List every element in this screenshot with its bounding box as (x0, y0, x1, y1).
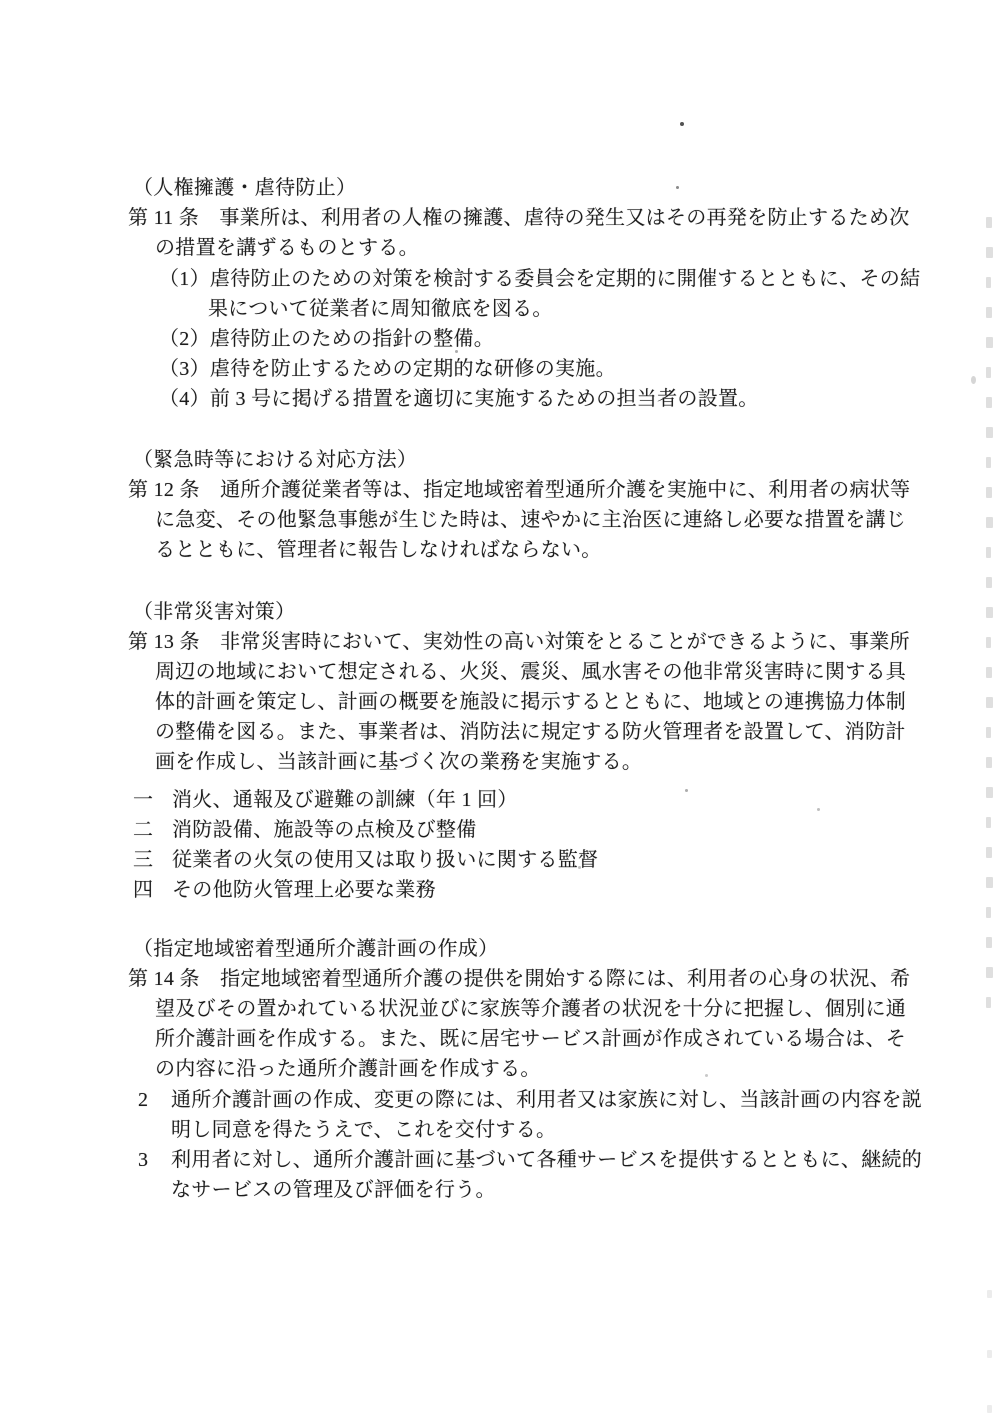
scan-edge-smudge (986, 547, 991, 558)
article-continuation-line: に急変、その他緊急事態が生じた時は、速やかに主治医に連絡し必要な措置を講じ (155, 508, 906, 532)
paragraph-number-line: 2通所介護計画の作成、変更の際には、利用者又は家族に対し、当該計画の内容を説 (138, 1088, 922, 1112)
numbered-item-continuation-line: 果について従業者に周知徹底を図る。 (208, 297, 553, 321)
scan-edge-smudge (986, 427, 993, 438)
scan-edge-smudge (986, 697, 993, 708)
scan-speck (817, 808, 820, 811)
section-heading-line: （非常災害対策） (133, 600, 295, 624)
scan-speck (676, 186, 679, 189)
scan-speck (680, 122, 684, 126)
scan-edge-smudge (986, 517, 993, 528)
article-first-line: 第 14 条 指定地域密着型通所介護の提供を開始する際には、利用者の心身の状況、… (128, 967, 910, 991)
scan-speck (971, 376, 976, 384)
numbered-item-line: （3）虐待を防止するための定期的な研修の実施。 (159, 357, 616, 381)
scan-edge-smudge (986, 247, 993, 258)
item-number-marker: 四 (133, 878, 172, 902)
scan-edge-smudge (986, 397, 992, 408)
scan-edge-smudge (986, 367, 991, 378)
scan-speck (455, 350, 458, 353)
scan-edge-smudge (986, 667, 992, 678)
item-number-marker: 三 (133, 848, 172, 872)
scan-edge-smudge (987, 1350, 992, 1358)
article-continuation-line: 所介護計画を作成する。また、既に居宅サービス計画が作成されている場合は、そ (155, 1027, 906, 1051)
article-continuation-line: の内容に沿った通所介護計画を作成する。 (155, 1057, 541, 1081)
scan-edge-smudge (986, 607, 993, 618)
item-number-marker: 3 (138, 1148, 171, 1172)
kanji-list-item-line: 四その他防火管理上必要な業務 (133, 878, 436, 902)
scan-edge-smudge (986, 337, 993, 348)
paragraph-number-line: 3利用者に対し、通所介護計画に基づいて各種サービスを提供するとともに、継続的 (138, 1148, 922, 1172)
scan-edge-smudge (986, 277, 991, 288)
scan-edge-smudge (986, 487, 992, 498)
scan-speck (705, 1074, 708, 1077)
item-text: 消火、通報及び避難の訓練（年 1 回） (172, 789, 518, 811)
scan-edge-smudge (987, 1405, 992, 1413)
scan-edge-smudge (986, 937, 992, 948)
kanji-list-item-line: 二消防設備、施設等の点検及び整備 (133, 818, 477, 842)
article-first-line: 第 13 条 非常災害時において、実効性の高い対策をとることができるように、事業… (128, 630, 910, 654)
article-continuation-line: 画を作成し、当該計画に基づく次の業務を実施する。 (155, 750, 642, 774)
scanned-document-page: （人権擁護・虐待防止）第 11 条 事業所は、利用者の人権の擁護、虐待の発生又は… (0, 0, 1000, 1414)
article-continuation-line: の措置を講ずるものとする。 (155, 236, 419, 260)
section-heading-line: （人権擁護・虐待防止） (133, 176, 356, 200)
article-continuation-line: の整備を図る。また、事業者は、消防法に規定する防火管理者を設置して、消防計 (155, 720, 906, 744)
scan-edge-smudge (986, 727, 991, 738)
scan-edge-smudge (986, 877, 993, 888)
scan-edge-smudge (986, 967, 993, 978)
scan-edge-smudge (986, 457, 991, 468)
section-heading-line: （緊急時等における対応方法） (133, 448, 417, 472)
numbered-item-line: （2）虐待防止のための指針の整備。 (159, 327, 494, 351)
scan-edge-smudge (986, 637, 991, 648)
scan-edge-smudge (986, 577, 992, 588)
scan-speck (685, 789, 688, 792)
scan-edge-smudge (986, 307, 992, 318)
paragraph-continuation-line: 明し同意を得たうえで、これを交付する。 (171, 1118, 556, 1142)
kanji-list-item-line: 三従業者の火気の使用又は取り扱いに関する監督 (133, 848, 598, 872)
item-number-marker: 2 (138, 1088, 171, 1112)
numbered-item-line: （1）虐待防止のための対策を検討する委員会を定期的に開催するとともに、その結 (159, 267, 920, 291)
scan-speck (578, 866, 581, 869)
scan-edge-smudge (986, 787, 993, 798)
scan-edge-smudge (986, 817, 991, 828)
item-text: その他防火管理上必要な業務 (172, 879, 436, 901)
item-text: 利用者に対し、通所介護計画に基づいて各種サービスを提供するとともに、継続的 (171, 1149, 922, 1171)
item-text: 通所介護計画の作成、変更の際には、利用者又は家族に対し、当該計画の内容を説 (171, 1089, 922, 1111)
section-heading-line: （指定地域密着型通所介護計画の作成） (133, 937, 498, 961)
article-first-line: 第 11 条 事業所は、利用者の人権の擁護、虐待の発生又はその再発を防止するため… (128, 206, 910, 230)
scan-edge-smudge (986, 757, 992, 768)
article-continuation-line: 体的計画を策定し、計画の概要を施設に掲示するとともに、地域との連携協力体制 (155, 690, 906, 714)
article-continuation-line: るとともに、管理者に報告しなければならない。 (155, 538, 602, 562)
item-text: 従業者の火気の使用又は取り扱いに関する監督 (172, 849, 598, 871)
item-number-marker: 一 (133, 788, 172, 812)
scan-edge-smudge (987, 1290, 992, 1298)
scan-edge-smudge (986, 997, 991, 1008)
scan-edge-smudge (986, 847, 992, 858)
numbered-item-line: （4）前 3 号に掲げる措置を適切に実施するための担当者の設置。 (159, 387, 759, 411)
article-continuation-line: 周辺の地域において想定される、火災、震災、風水害その他非常災害時に関する具 (155, 660, 906, 684)
article-first-line: 第 12 条 通所介護従業者等は、指定地域密着型通所介護を実施中に、利用者の病状… (128, 478, 910, 502)
item-number-marker: 二 (133, 818, 172, 842)
item-text: 消防設備、施設等の点検及び整備 (172, 819, 477, 841)
article-continuation-line: 望及びその置かれている状況並びに家族等介護者の状況を十分に把握し、個別に通 (155, 997, 906, 1021)
paragraph-continuation-line: なサービスの管理及び評価を行う。 (171, 1178, 496, 1202)
scan-edge-smudge (986, 217, 992, 228)
scan-edge-smudge (986, 907, 991, 918)
kanji-list-item-line: 一消火、通報及び避難の訓練（年 1 回） (133, 788, 518, 812)
